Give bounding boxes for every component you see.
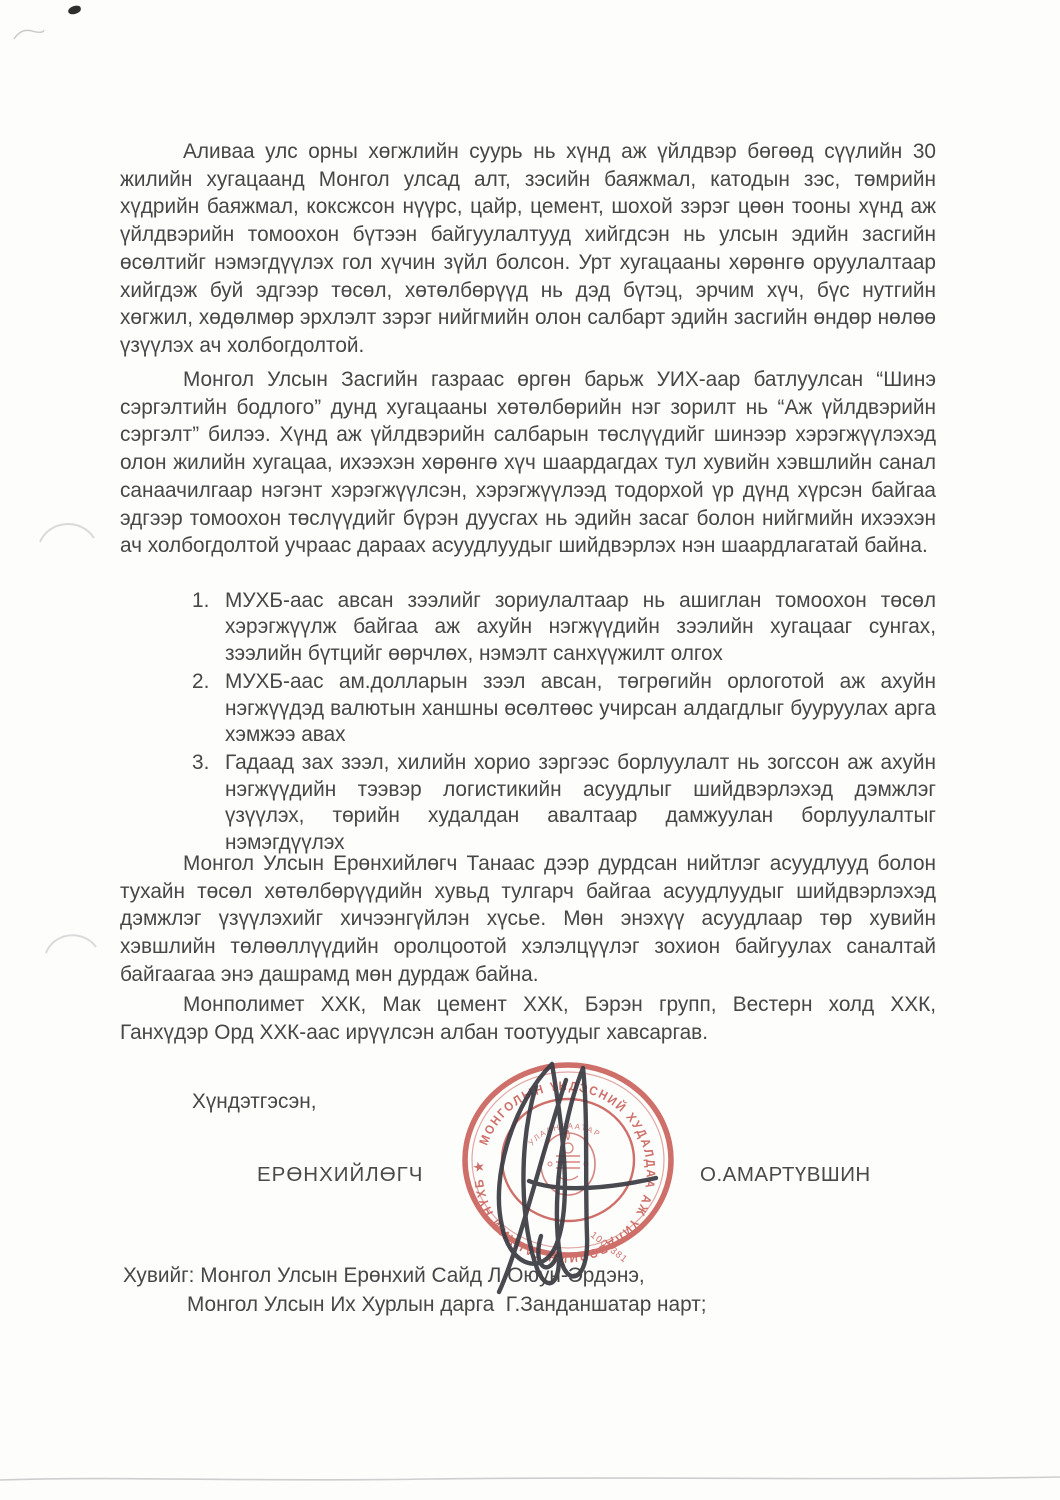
- list-item-3-text: Гадаад зах зээл, хилийн хорио зэргээс бо…: [225, 751, 936, 853]
- paragraph-intro: Аливаа улс орны хөгжлийн суурь нь хүнд а…: [120, 138, 936, 360]
- paragraph-request: Монгол Улсын Ерөнхийлөгч Танаас дээр дур…: [120, 850, 936, 989]
- list-item-2-text: МУХБ-аас ам.долларын зээл авсан, төгрөги…: [225, 670, 936, 746]
- list-item-2: 2. МУХБ-аас ам.долларын зээл авсан, төгр…: [120, 669, 936, 748]
- signer-name: О.АМАРТҮВШИН: [700, 1163, 871, 1187]
- list-item-2-number: 2.: [192, 669, 209, 695]
- punch-hole-shadow-bottom: [32, 905, 112, 965]
- seal-graphic: МОНГОЛЫН ҮНДЭСНИЙ ХУДАЛДАА АЖ ҮЙЛДВЭРИЙН…: [465, 1065, 671, 1266]
- list-item-1-text: МУХБ-аас авсан зээлийг зориулалтаар нь а…: [225, 589, 936, 665]
- list-item-3: 3. Гадаад зах зээл, хилийн хорио зэргээс…: [120, 750, 936, 856]
- scan-edge-line: [0, 1468, 1060, 1488]
- list-item-1: 1. МУХБ-аас авсан зээлийг зориулалтаар н…: [120, 588, 936, 667]
- cc-note-line-1: Хувийг: Монгол Улсын Ерөнхий Сайд Л.Оюун…: [123, 1262, 707, 1291]
- salutation: Хүндэтгэсэн,: [192, 1090, 317, 1114]
- pen-smudge-mark: [12, 24, 46, 44]
- cc-note: Хувийг: Монгол Улсын Ерөнхий Сайд Л.Оюун…: [123, 1262, 707, 1319]
- paragraph-attachments: Монполимет ХХК, Мак цемент ХХК, Бэрэн гр…: [120, 991, 936, 1046]
- cc-note-line-2: Монгол Улсын Их Хурлын дарга Г.Занданшат…: [123, 1291, 707, 1320]
- numbered-list: 1. МУХБ-аас авсан зээлийг зориулалтаар н…: [120, 588, 936, 858]
- staple-mark: [67, 5, 81, 16]
- list-item-3-number: 3.: [192, 750, 209, 776]
- paragraph-policy: Монгол Улсын Засгийн газраас өргөн барьж…: [120, 366, 936, 560]
- list-item-1-number: 1.: [192, 588, 209, 614]
- scanned-letter-page: Аливаа улс орны хөгжлийн суурь нь хүнд а…: [0, 0, 1060, 1500]
- punch-hole-shadow-top: [28, 498, 108, 558]
- signer-title: ЕРӨНХИЙЛӨГЧ: [257, 1163, 423, 1187]
